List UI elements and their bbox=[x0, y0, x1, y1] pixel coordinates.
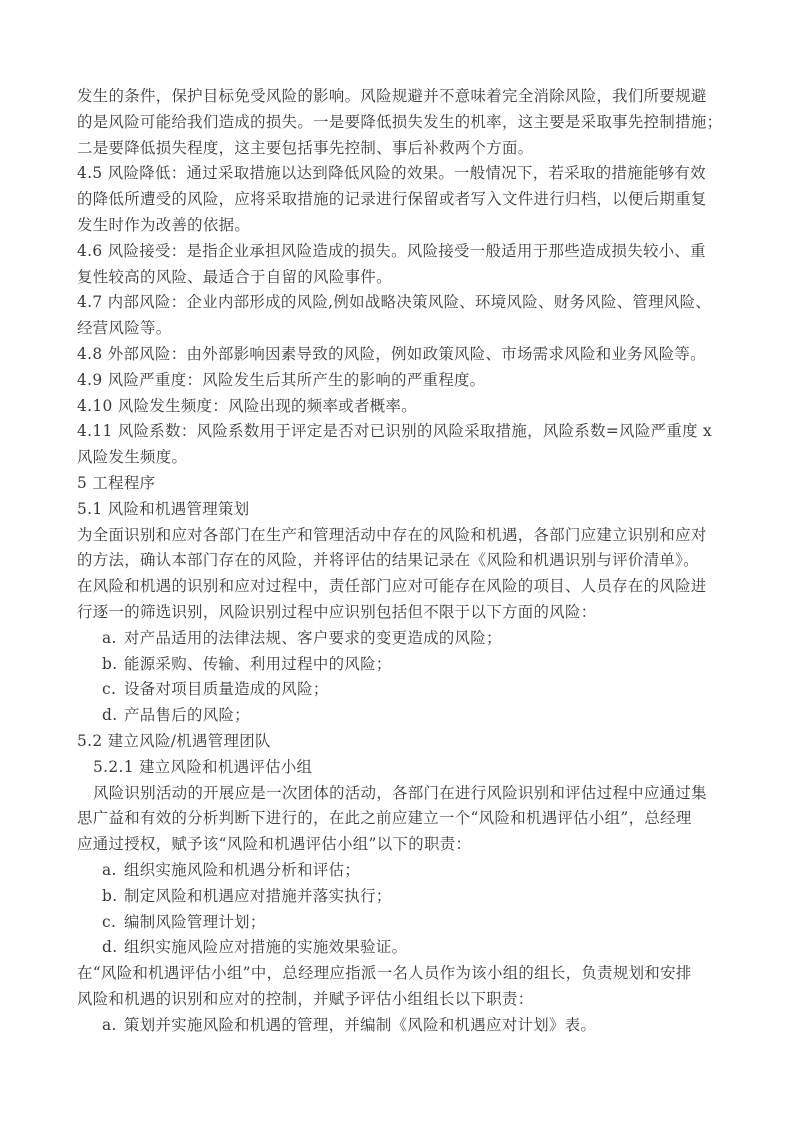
text-line: 的方法，确认本部门存在的风险，并将评估的结果记录在《风险和机遇识别与评价清单》。 bbox=[77, 548, 725, 574]
list-item: c.设备对项目质量造成的风险； bbox=[77, 677, 725, 703]
list-item: d.组织实施风险应对措施的实施效果验证。 bbox=[77, 935, 725, 961]
section-heading-5-1: 5.1 风险和机遇管理策划 bbox=[77, 497, 725, 523]
section-heading-5-2: 5.2 建立风险/机遇管理团队 bbox=[77, 729, 725, 755]
text-line: 复性较高的风险、最适合于自留的风险事件。 bbox=[77, 265, 725, 291]
list-item-text: 对产品适用的法律法规、客户要求的变更造成的风险； bbox=[124, 629, 502, 647]
text-line: 应通过授权，赋予该“风险和机遇评估小组”以下的职责： bbox=[77, 832, 725, 858]
text-line: 经营风险等。 bbox=[77, 316, 725, 342]
list-item-text: 组织实施风险应对措施的实施效果验证。 bbox=[124, 938, 407, 956]
list-marker: a. bbox=[102, 858, 124, 884]
text-line: 风险识别活动的开展应是一次团体的活动，各部门在进行风险识别和评估过程中应通过集 bbox=[77, 781, 725, 807]
list-item: b.能源采购、传输、利用过程中的风险； bbox=[77, 652, 725, 678]
list-marker: a. bbox=[102, 626, 124, 652]
text-line: 风险和机遇的识别和应对的控制，并赋予评估小组组长以下职责： bbox=[77, 987, 725, 1013]
text-line: 思广益和有效的分析判断下进行的，在此之前应建立一个“风险和机遇评估小组”，总经理 bbox=[77, 806, 725, 832]
list-item: a.策划并实施风险和机遇的管理，并编制《风险和机遇应对计划》表。 bbox=[77, 1013, 725, 1039]
list-marker: c. bbox=[102, 910, 124, 936]
list-item-text: 产品售后的风险； bbox=[124, 706, 250, 724]
text-line: 发生的条件，保护目标免受风险的影响。风险规避并不意味着完全消除风险，我们所要规避 bbox=[77, 84, 725, 110]
list-item-text: 组织实施风险和机遇分析和评估； bbox=[124, 861, 360, 879]
list-item-text: 编制风险管理计划； bbox=[124, 913, 266, 931]
definition-4-10: 4.10 风险发生频度：风险出现的频率或者概率。 bbox=[77, 394, 725, 420]
text-line: 在“风险和机遇评估小组”中，总经理应指派一名人员作为该小组的组长，负责规划和安排 bbox=[77, 961, 725, 987]
list-item-text: 能源采购、传输、利用过程中的风险； bbox=[124, 655, 392, 673]
definition-4-11: 4.11 风险系数：风险系数用于评定是否对已识别的风险采取措施，风险系数=风险严… bbox=[77, 419, 725, 445]
list-marker: d. bbox=[102, 935, 124, 961]
list-item: a.组织实施风险和机遇分析和评估； bbox=[77, 858, 725, 884]
list-marker: a. bbox=[102, 1013, 124, 1039]
text-line: 的是风险可能给我们造成的损失。一是要降低损失发生的机率，这主要是采取事先控制措施… bbox=[77, 110, 725, 136]
definition-4-6: 4.6 风险接受：是指企业承担风险造成的损失。风险接受一般适用于那些造成损失较小… bbox=[77, 239, 725, 265]
list-item-text: 设备对项目质量造成的风险； bbox=[124, 680, 329, 698]
text-line: 在风险和机遇的识别和应对过程中，责任部门应对可能存在风险的项目、人员存在的风险进 bbox=[77, 574, 725, 600]
section-heading-5: 5 工程程序 bbox=[77, 471, 725, 497]
list-marker: c. bbox=[102, 677, 124, 703]
definition-4-8: 4.8 外部风险：由外部影响因素导致的风险，例如政策风险、市场需求风险和业务风险… bbox=[77, 342, 725, 368]
text-line: 的降低所遭受的风险，应将采取措施的记录进行保留或者写入文件进行归档，以便后期重复 bbox=[77, 187, 725, 213]
list-item: b.制定风险和机遇应对措施并落实执行； bbox=[77, 884, 725, 910]
text-line: 行逐一的筛选识别，风险识别过程中应识别包括但不限于以下方面的风险： bbox=[77, 600, 725, 626]
section-heading-5-2-1: 5.2.1 建立风险和机遇评估小组 bbox=[77, 755, 725, 781]
document-page: 发生的条件，保护目标免受风险的影响。风险规避并不意味着完全消除风险，我们所要规避… bbox=[77, 84, 725, 1038]
list-marker: b. bbox=[102, 884, 124, 910]
text-line: 风险发生频度。 bbox=[77, 445, 725, 471]
list-marker: d. bbox=[102, 703, 124, 729]
definition-4-7: 4.7 内部风险：企业内部形成的风险,例如战略决策风险、环境风险、财务风险、管理… bbox=[77, 290, 725, 316]
text-line: 二是要降低损失程度，这主要包括事先控制、事后补救两个方面。 bbox=[77, 136, 725, 162]
definition-4-9: 4.9 风险严重度：风险发生后其所产生的影响的严重程度。 bbox=[77, 368, 725, 394]
text-line: 发生时作为改善的依据。 bbox=[77, 213, 725, 239]
list-item-text: 制定风险和机遇应对措施并落实执行； bbox=[124, 887, 392, 905]
definition-4-5: 4.5 风险降低：通过采取措施以达到降低风险的效果。一般情况下，若采取的措施能够… bbox=[77, 161, 725, 187]
list-item: a.对产品适用的法律法规、客户要求的变更造成的风险； bbox=[77, 626, 725, 652]
list-item: d.产品售后的风险； bbox=[77, 703, 725, 729]
text-line: 为全面识别和应对各部门在生产和管理活动中存在的风险和机遇，各部门应建立识别和应对 bbox=[77, 523, 725, 549]
list-marker: b. bbox=[102, 652, 124, 678]
list-item: c.编制风险管理计划； bbox=[77, 910, 725, 936]
list-item-text: 策划并实施风险和机遇的管理，并编制《风险和机遇应对计划》表。 bbox=[124, 1016, 596, 1034]
